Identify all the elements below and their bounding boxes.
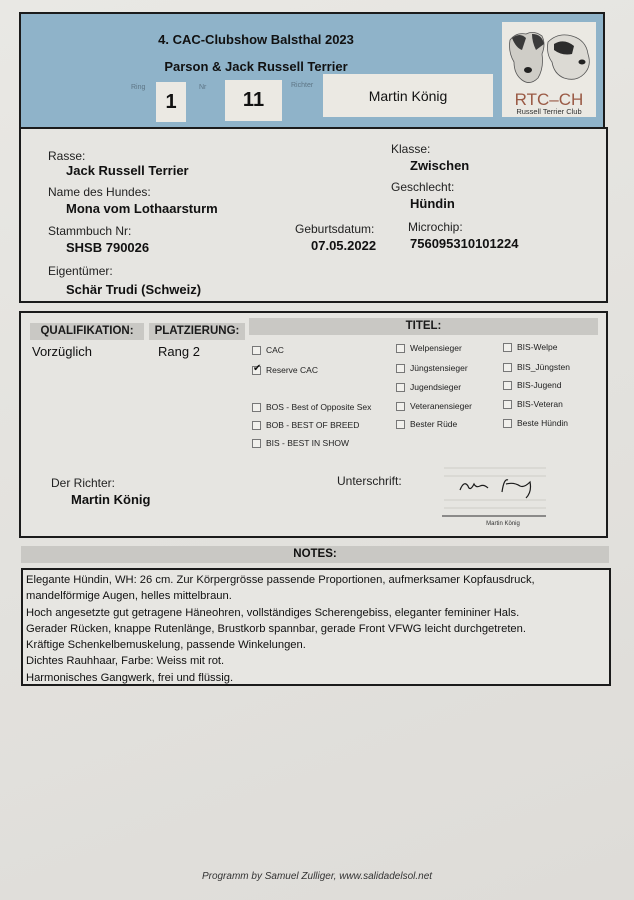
checkbox-icon (503, 381, 512, 390)
judge-label: Richter (291, 82, 313, 89)
checkbox-icon (252, 346, 261, 355)
title-checkbox-bis-veteran[interactable]: BIS-Veteran (503, 399, 563, 409)
class-label: Klasse: (391, 142, 430, 156)
checkbox-icon (503, 419, 512, 428)
dog-name-label: Name des Hundes: (48, 185, 151, 199)
title-checkbox-jugendsieger[interactable]: Jugendsieger (396, 382, 461, 392)
checkbox-icon (396, 420, 405, 429)
dog-info-panel: Rasse: Jack Russell Terrier Name des Hun… (19, 127, 608, 303)
microchip-value: 756095310101224 (410, 236, 518, 251)
checkbox-icon (503, 400, 512, 409)
title-checkbox-cac[interactable]: CAC (252, 345, 284, 355)
placement-value: Rang 2 (158, 344, 200, 359)
catalog-number: 11 (225, 80, 282, 121)
breed-value: Jack Russell Terrier (66, 163, 189, 178)
title-checkbox-bos[interactable]: BOS - Best of Opposite Sex (252, 402, 371, 412)
class-value: Zwischen (410, 158, 469, 173)
checkbox-icon (396, 364, 405, 373)
notes-line: Harmonisches Gangwerk, frei und flüssig. (26, 670, 606, 686)
checkbox-icon (252, 403, 261, 412)
checkbox-icon (396, 402, 405, 411)
title-checkbox-bis-jugend[interactable]: BIS-Jugend (503, 380, 561, 390)
microchip-label: Microchip: (408, 220, 463, 234)
title-checkbox-bis-welpe[interactable]: BIS-Welpe (503, 342, 557, 352)
birthdate-value: 07.05.2022 (311, 238, 376, 253)
title-checkbox-juengstensieger[interactable]: Jüngstensieger (396, 363, 468, 373)
title-checkbox-bob[interactable]: BOB - BEST OF BREED (252, 420, 359, 430)
signature-label: Unterschrift: (337, 474, 402, 488)
signature-area: Martin König (426, 462, 556, 530)
footer-credit: Programm by Samuel Zulliger, www.salidad… (0, 871, 634, 882)
sex-label: Geschlecht: (391, 180, 454, 194)
notes-header: NOTES: (21, 546, 609, 563)
sex-value: Hündin (410, 196, 455, 211)
dog-name-value: Mona vom Lothaarsturm (66, 201, 218, 216)
placement-header: PLATZIERUNG: (149, 323, 245, 340)
signature-icon: Martin König (426, 462, 556, 530)
notes-box: Elegante Hündin, WH: 26 cm. Zur Körpergr… (21, 568, 611, 686)
qualification-header: QUALIFIKATION: (30, 323, 144, 340)
ring-label: Ring (131, 84, 145, 91)
checkbox-icon (503, 363, 512, 372)
title-checkbox-bester-ruede[interactable]: Bester Rüde (396, 419, 457, 429)
judge-value: Martin König (71, 492, 150, 507)
notes-line: mandelförmige Augen, helles mittelbraun. (26, 588, 606, 604)
notes-line: Kräftige Schenkelbemuskelung, passende W… (26, 637, 606, 653)
title-checkbox-bis[interactable]: BIS - BEST IN SHOW (252, 438, 349, 448)
nr-label: Nr (199, 84, 206, 91)
notes-line: Dichtes Rauhhaar, Farbe: Weiss mit rot. (26, 653, 606, 669)
titles-header: TITEL: (249, 318, 598, 335)
title-checkbox-welpensieger[interactable]: Welpensieger (396, 343, 462, 353)
terrier-dogs-icon: RTC–CH Russell Terrier Club (502, 22, 596, 117)
notes-line: Hoch angesetzte gut getragene Häneohren,… (26, 605, 606, 621)
breed-label: Rasse: (48, 149, 85, 163)
title-checkbox-reserve-cac[interactable]: Reserve CAC (252, 365, 318, 375)
notes-line: Gerader Rücken, knappe Rutenlänge, Brust… (26, 621, 606, 637)
checkbox-icon (396, 383, 405, 392)
studbook-value: SHSB 790026 (66, 240, 149, 255)
checkbox-icon (252, 421, 261, 430)
svg-text:Martin König: Martin König (486, 521, 520, 527)
rtc-ch-logo: RTC–CH Russell Terrier Club (502, 22, 596, 117)
show-title: 4. CAC-Clubshow Balsthal 2023 (21, 32, 491, 47)
title-checkbox-beste-huendin[interactable]: Beste Hündin (503, 418, 568, 428)
birthdate-label: Geburtsdatum: (295, 222, 374, 236)
checkbox-icon (396, 344, 405, 353)
title-checkbox-bis-juengsten[interactable]: BIS_Jüngsten (503, 362, 570, 372)
owner-label: Eigentümer: (48, 264, 113, 278)
qualification-value: Vorzüglich (32, 344, 92, 359)
checkbox-checked-icon (252, 366, 261, 375)
judge-name-box: Martin König (323, 74, 493, 117)
svg-text:Russell Terrier Club: Russell Terrier Club (516, 107, 581, 116)
judge-label: Der Richter: (51, 476, 115, 490)
show-breed-subtitle: Parson & Jack Russell Terrier (21, 59, 491, 74)
owner-value: Schär Trudi (Schweiz) (66, 282, 201, 297)
studbook-label: Stammbuch Nr: (48, 224, 131, 238)
ring-number: 1 (156, 82, 186, 122)
title-checkbox-veteranensieger[interactable]: Veteranensieger (396, 401, 472, 411)
checkbox-icon (252, 439, 261, 448)
checkbox-icon (503, 343, 512, 352)
show-header: 4. CAC-Clubshow Balsthal 2023 Parson & J… (19, 12, 605, 130)
notes-line: Elegante Hündin, WH: 26 cm. Zur Körpergr… (26, 572, 606, 588)
